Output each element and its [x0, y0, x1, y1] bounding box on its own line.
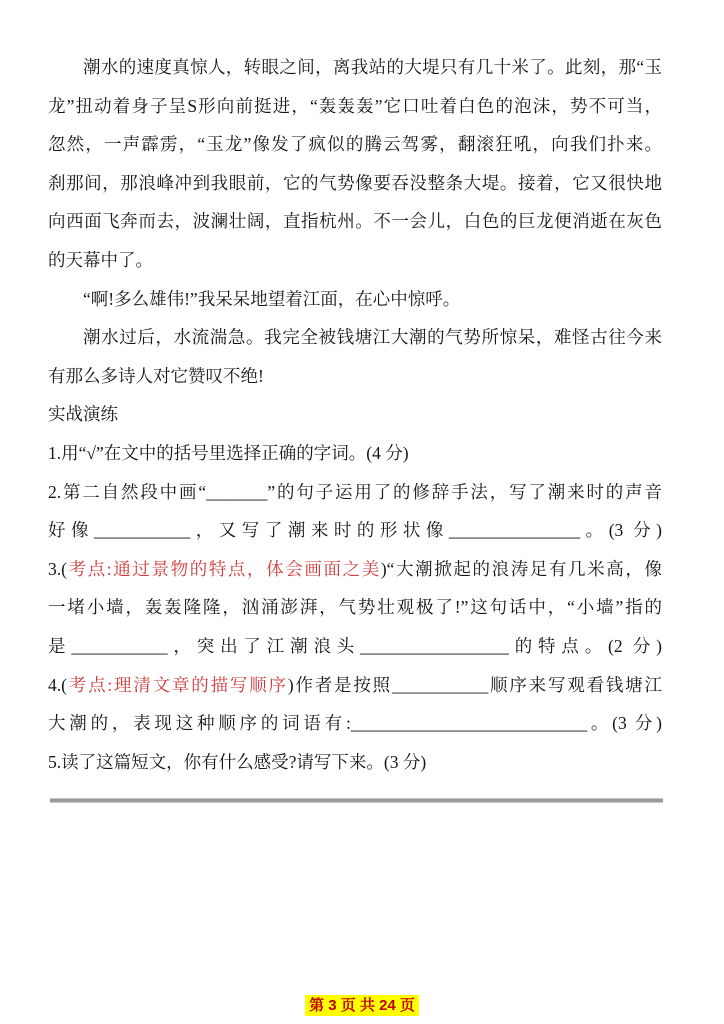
document-page: 潮水的速度真惊人，转眼之间，离我站的大堤只有几十米了。此刻，那“玉 龙”扭动着身… [0, 0, 724, 1024]
question-2-line-1: 2.第二自然段中画“_______”的句子运用了的修辞手法，写了潮来时的声音 [48, 473, 662, 512]
passage-paragraph-2: “啊!多么雄伟!”我呆呆地望着江面，在心中惊呼。 [48, 280, 662, 319]
question-4-line-1: 4.(考点:理清文章的描写顺序)作者是按照___________顺序来写观看钱塘… [48, 666, 662, 705]
page-number-badge: 第 3 页 共 24 页 [305, 995, 419, 1016]
question-4-text: )作者是按照___________顺序来写观看钱塘江 [288, 675, 662, 695]
question-3-text: )“大潮掀起的浪涛足有几米高，像 [381, 559, 662, 579]
passage-paragraph-1-line: 龙”扭动着身子呈S形向前挺进，“轰轰轰”它口吐着白色的泡沫，势不可当， [48, 87, 662, 126]
passage-paragraph-1-line: 忽然，一声霹雳，“玉龙”像发了疯似的腾云驾雾，翻滚狂吼，向我们扑来。 [48, 125, 662, 164]
section-title: 实战演练 [48, 395, 662, 434]
passage-paragraph-3-line: 潮水过后，水流湍急。我完全被钱塘江大潮的气势所惊呆，难怪古往今来 [48, 318, 662, 357]
question-3-line-3: 是___________，突出了江潮浪头_________________的特点… [48, 627, 662, 666]
question-4-exam-point: 考点:理清文章的描写顺序 [67, 675, 288, 695]
passage-paragraph-1-line: 刹那间，那浪峰冲到我眼前，它的气势像要吞没整条大堤。接着，它又很快地 [48, 164, 662, 203]
passage-paragraph-1-line: 潮水的速度真惊人，转眼之间，离我站的大堤只有几十米了。此刻，那“玉 [48, 48, 662, 87]
section-divider [50, 798, 663, 803]
question-3-line-2: 一堵小墙，轰轰隆隆，汹涌澎湃，气势壮观极了!”这句话中，“小墙”指的 [48, 588, 662, 627]
passage-paragraph-1-line: 的天幕中了。 [48, 241, 662, 280]
question-3-exam-point: 考点:通过景物的特点，体会画面之美 [67, 559, 381, 579]
question-4-line-2: 大潮的，表现这种顺序的词语有:_________________________… [48, 704, 662, 743]
question-1: 1.用“√”在文中的括号里选择正确的字词。(4 分) [48, 434, 662, 473]
passage-paragraph-3-line: 有那么多诗人对它赞叹不绝! [48, 357, 662, 396]
passage-paragraph-1-line: 向西面飞奔而去，波澜壮阔，直指杭州。不一会儿，白色的巨龙便消逝在灰色 [48, 202, 662, 241]
question-4-number: 4.( [48, 675, 67, 695]
question-3-number: 3.( [48, 559, 67, 579]
question-3-line-1: 3.(考点:通过景物的特点，体会画面之美)“大潮掀起的浪涛足有几米高，像 [48, 550, 662, 589]
page-footer: 第 3 页 共 24 页 [0, 995, 724, 1016]
passage-and-questions: 潮水的速度真惊人，转眼之间，离我站的大堤只有几十米了。此刻，那“玉 龙”扭动着身… [48, 48, 662, 781]
question-5: 5.读了这篇短文，你有什么感受?请写下来。(3 分) [48, 743, 662, 782]
question-2-line-2: 好像___________，又写了潮来时的形状像_______________。… [48, 511, 662, 550]
